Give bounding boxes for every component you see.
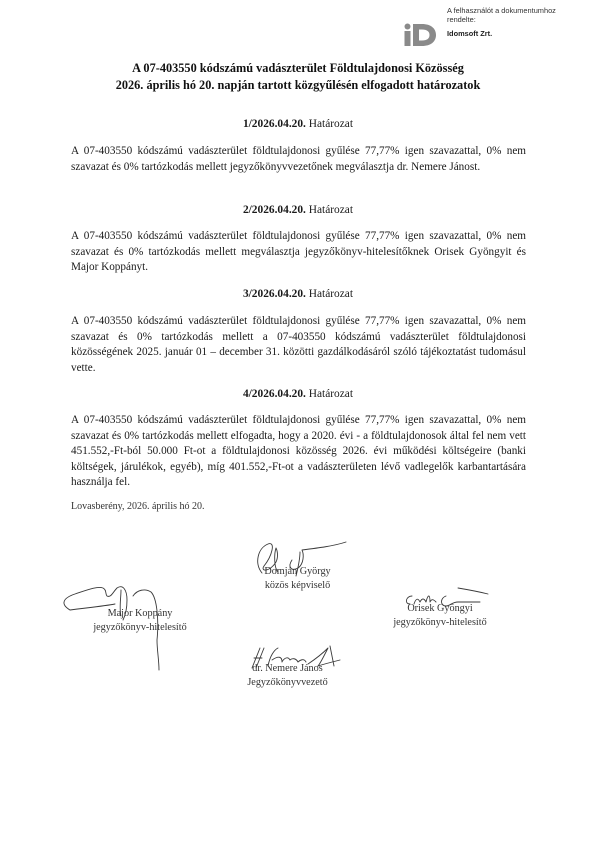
authentication-stamp: A felhasználót a dokumentumhoz rendelte:… bbox=[403, 3, 595, 53]
signer-role: közös képviselő bbox=[230, 579, 365, 593]
title-line-1: A 07-403550 kódszámú vadászterület Földt… bbox=[60, 60, 536, 77]
resolution-number: 3/2026.04.20. bbox=[243, 288, 306, 300]
place-date: Lovasberény, 2026. április hó 20. bbox=[71, 501, 205, 512]
signer-name: Major Koppány bbox=[75, 607, 205, 621]
stamp-text: A felhasználót a dokumentumhoz rendelte:… bbox=[447, 6, 556, 38]
signature-block: Major Koppány jegyzőkönyv-hitelesítő bbox=[75, 607, 205, 635]
signature-block: Domján György közös képviselő bbox=[230, 565, 365, 593]
document-title: A 07-403550 kódszámú vadászterület Földt… bbox=[60, 60, 536, 93]
resolution-number: 2/2026.04.20. bbox=[243, 204, 306, 216]
signer-name: Orisek Gyöngyi bbox=[375, 602, 505, 616]
signer-role: jegyzőkönyv-hitelesítő bbox=[75, 621, 205, 635]
resolution-number: 4/2026.04.20. bbox=[243, 388, 306, 400]
resolution-text: A 07-403550 kódszámú vadászterület földt… bbox=[71, 413, 526, 491]
resolution-label: Határozat bbox=[309, 288, 353, 300]
stamp-line-1: A felhasználót a dokumentumhoz bbox=[447, 6, 556, 15]
stamp-issuer: Idomsoft Zrt. bbox=[447, 29, 556, 38]
signer-name: Domján György bbox=[230, 565, 365, 579]
resolution-label: Határozat bbox=[309, 204, 353, 216]
signer-role: jegyzőkönyv-hitelesítő bbox=[375, 616, 505, 630]
resolution-text: A 07-403550 kódszámú vadászterület földt… bbox=[71, 144, 526, 175]
signer-role: Jegyzőkönyvvezető bbox=[225, 676, 350, 690]
idomsoft-logo-icon bbox=[403, 23, 437, 47]
resolution-heading: 4/2026.04.20. Határozat bbox=[60, 388, 536, 400]
resolution-label: Határozat bbox=[309, 388, 353, 400]
stamp-line-2: rendelte: bbox=[447, 15, 556, 24]
title-line-2: 2026. április hó 20. napján tartott közg… bbox=[60, 77, 536, 94]
resolution-heading: 1/2026.04.20. Határozat bbox=[60, 118, 536, 130]
signer-name: dr. Nemere János bbox=[225, 662, 350, 676]
signature-block: Orisek Gyöngyi jegyzőkönyv-hitelesítő bbox=[375, 602, 505, 630]
resolution-text: A 07-403550 kódszámú vadászterület földt… bbox=[71, 314, 526, 376]
resolution-number: 1/2026.04.20. bbox=[243, 118, 306, 130]
signature-block: dr. Nemere János Jegyzőkönyvvezető bbox=[225, 662, 350, 690]
resolution-label: Határozat bbox=[309, 118, 353, 130]
resolution-heading: 2/2026.04.20. Határozat bbox=[60, 204, 536, 216]
resolution-text: A 07-403550 kódszámú vadászterület földt… bbox=[71, 229, 526, 276]
resolution-heading: 3/2026.04.20. Határozat bbox=[60, 288, 536, 300]
